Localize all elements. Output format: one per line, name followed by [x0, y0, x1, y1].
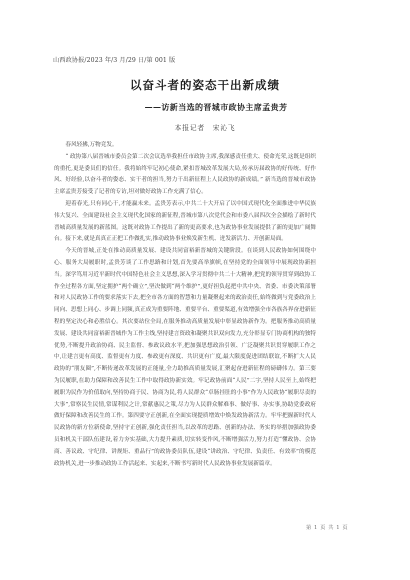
- source-line: 山西政协报/2023 年/3 月/29 日/第 001 版: [53, 55, 175, 64]
- article-title: 以奋斗者的姿态干出新成绩: [0, 77, 410, 93]
- page-indicator: 第 1 页 共 1 页: [306, 524, 348, 531]
- document-page: 山西政协报/2023 年/3 月/29 日/第 001 版 以奋斗者的姿态干出新…: [0, 0, 410, 580]
- paragraph: 春风轻拂,万物竞发。: [54, 140, 316, 152]
- article-byline: 本报记者 宋沁飞: [0, 122, 410, 132]
- paragraph: 今天的晋城,正处在推动高质量发展、建设共同富裕新晋城的关键阶段。在谈到人民政协如…: [54, 246, 316, 470]
- article-body: 春风轻拂,万物竞发。 “ 政协第八届晋城市委员会第二次会议选举我担任市政协主席,…: [54, 140, 316, 470]
- paragraph: “ 政协第八届晋城市委员会第二次会议选举我担任市政协主席,我深感责任重大、使命光…: [54, 152, 316, 199]
- article-subtitle: ——访新当选的晋城市政协主席孟贵芳: [0, 102, 410, 113]
- paragraph: 迎着春光,只有同心干,才能赢未来。孟贵芳表示,中共二十大开启了以中国式现代化全面…: [54, 199, 316, 246]
